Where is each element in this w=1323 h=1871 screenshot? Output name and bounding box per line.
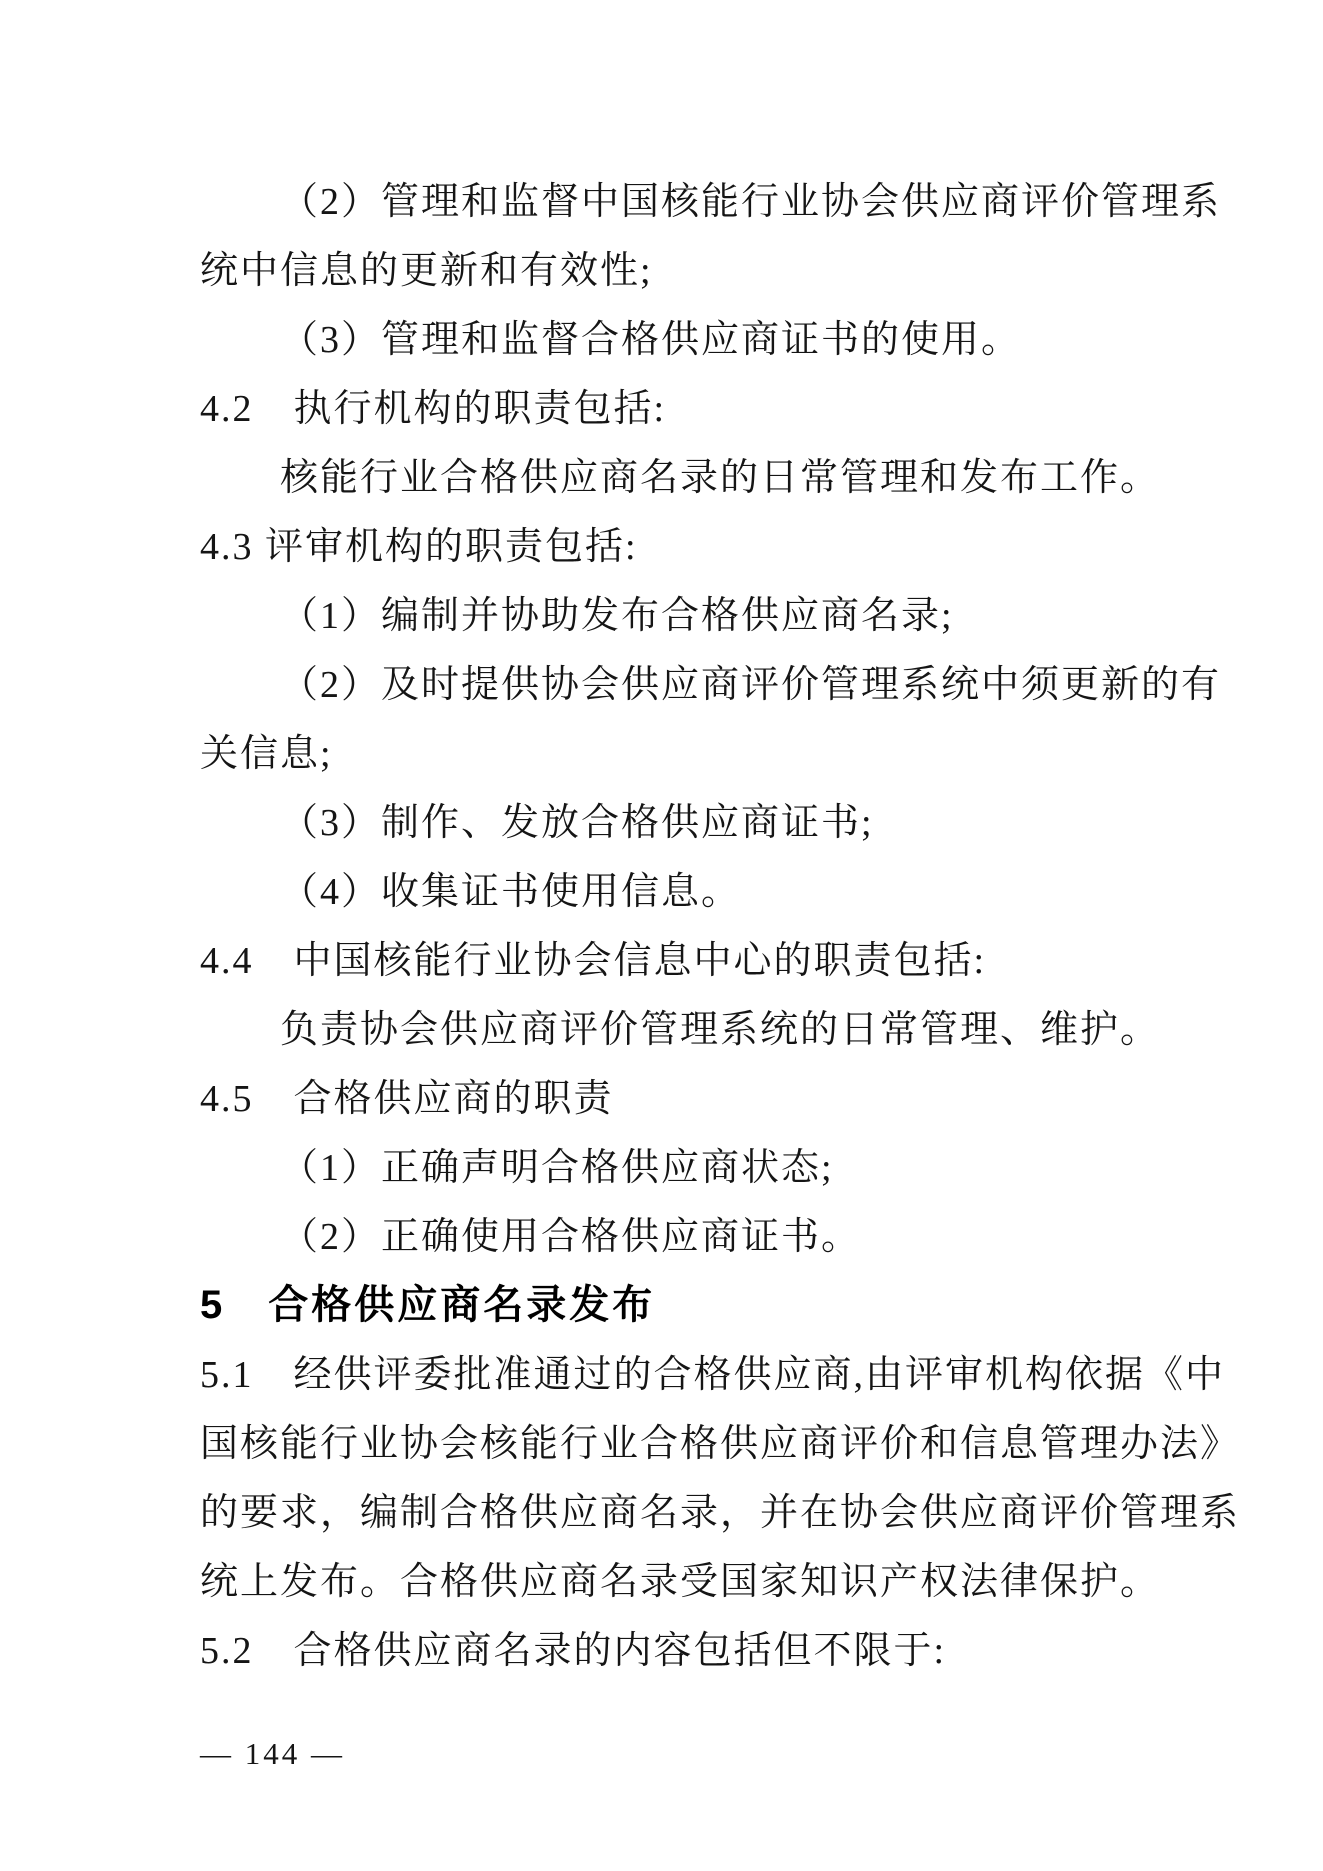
document-line: （1）正确声明合格供应商状态; [200,1129,1200,1198]
document-line: （2）管理和监督中国核能行业协会供应商评价管理系 [200,163,1200,232]
document-line: 统上发布。合格供应商名录受国家知识产权法律保护。 [200,1543,1200,1612]
document-line: 5.2 合格供应商名录的内容包括但不限于: [200,1612,1200,1681]
document-line: （1）编制并协助发布合格供应商名录; [200,577,1200,646]
document-line: （3）管理和监督合格供应商证书的使用。 [200,301,1200,370]
section-heading: 5 合格供应商名录发布 [200,1267,1200,1336]
document-line: （2）正确使用合格供应商证书。 [200,1198,1200,1267]
document-line: 5.1 经供评委批准通过的合格供应商,由评审机构依据《中 [200,1336,1200,1405]
document-line: 4.5 合格供应商的职责 [200,1060,1200,1129]
document-page: { "page": { "background": "#ffffff", "te… [0,0,1323,1871]
document-line: 核能行业合格供应商名录的日常管理和发布工作。 [200,439,1200,508]
page-number: — 144 — [200,1736,345,1772]
document-line: 4.4 中国核能行业协会信息中心的职责包括: [200,922,1200,991]
document-line: 4.3 评审机构的职责包括: [200,508,1200,577]
document-line: 国核能行业协会核能行业合格供应商评价和信息管理办法》 [200,1405,1200,1474]
document-line: （3）制作、发放合格供应商证书; [200,784,1200,853]
document-line: 负责协会供应商评价管理系统的日常管理、维护。 [200,991,1200,1060]
document-line: （2）及时提供协会供应商评价管理系统中须更新的有 [200,646,1200,715]
document-line: 的要求，编制合格供应商名录，并在协会供应商评价管理系 [200,1474,1200,1543]
document-body: （2）管理和监督中国核能行业协会供应商评价管理系统中信息的更新和有效性;（3）管… [200,163,1200,1681]
document-line: 统中信息的更新和有效性; [200,232,1200,301]
document-line: （4）收集证书使用信息。 [200,853,1200,922]
document-line: 4.2 执行机构的职责包括: [200,370,1200,439]
document-line: 关信息; [200,715,1200,784]
